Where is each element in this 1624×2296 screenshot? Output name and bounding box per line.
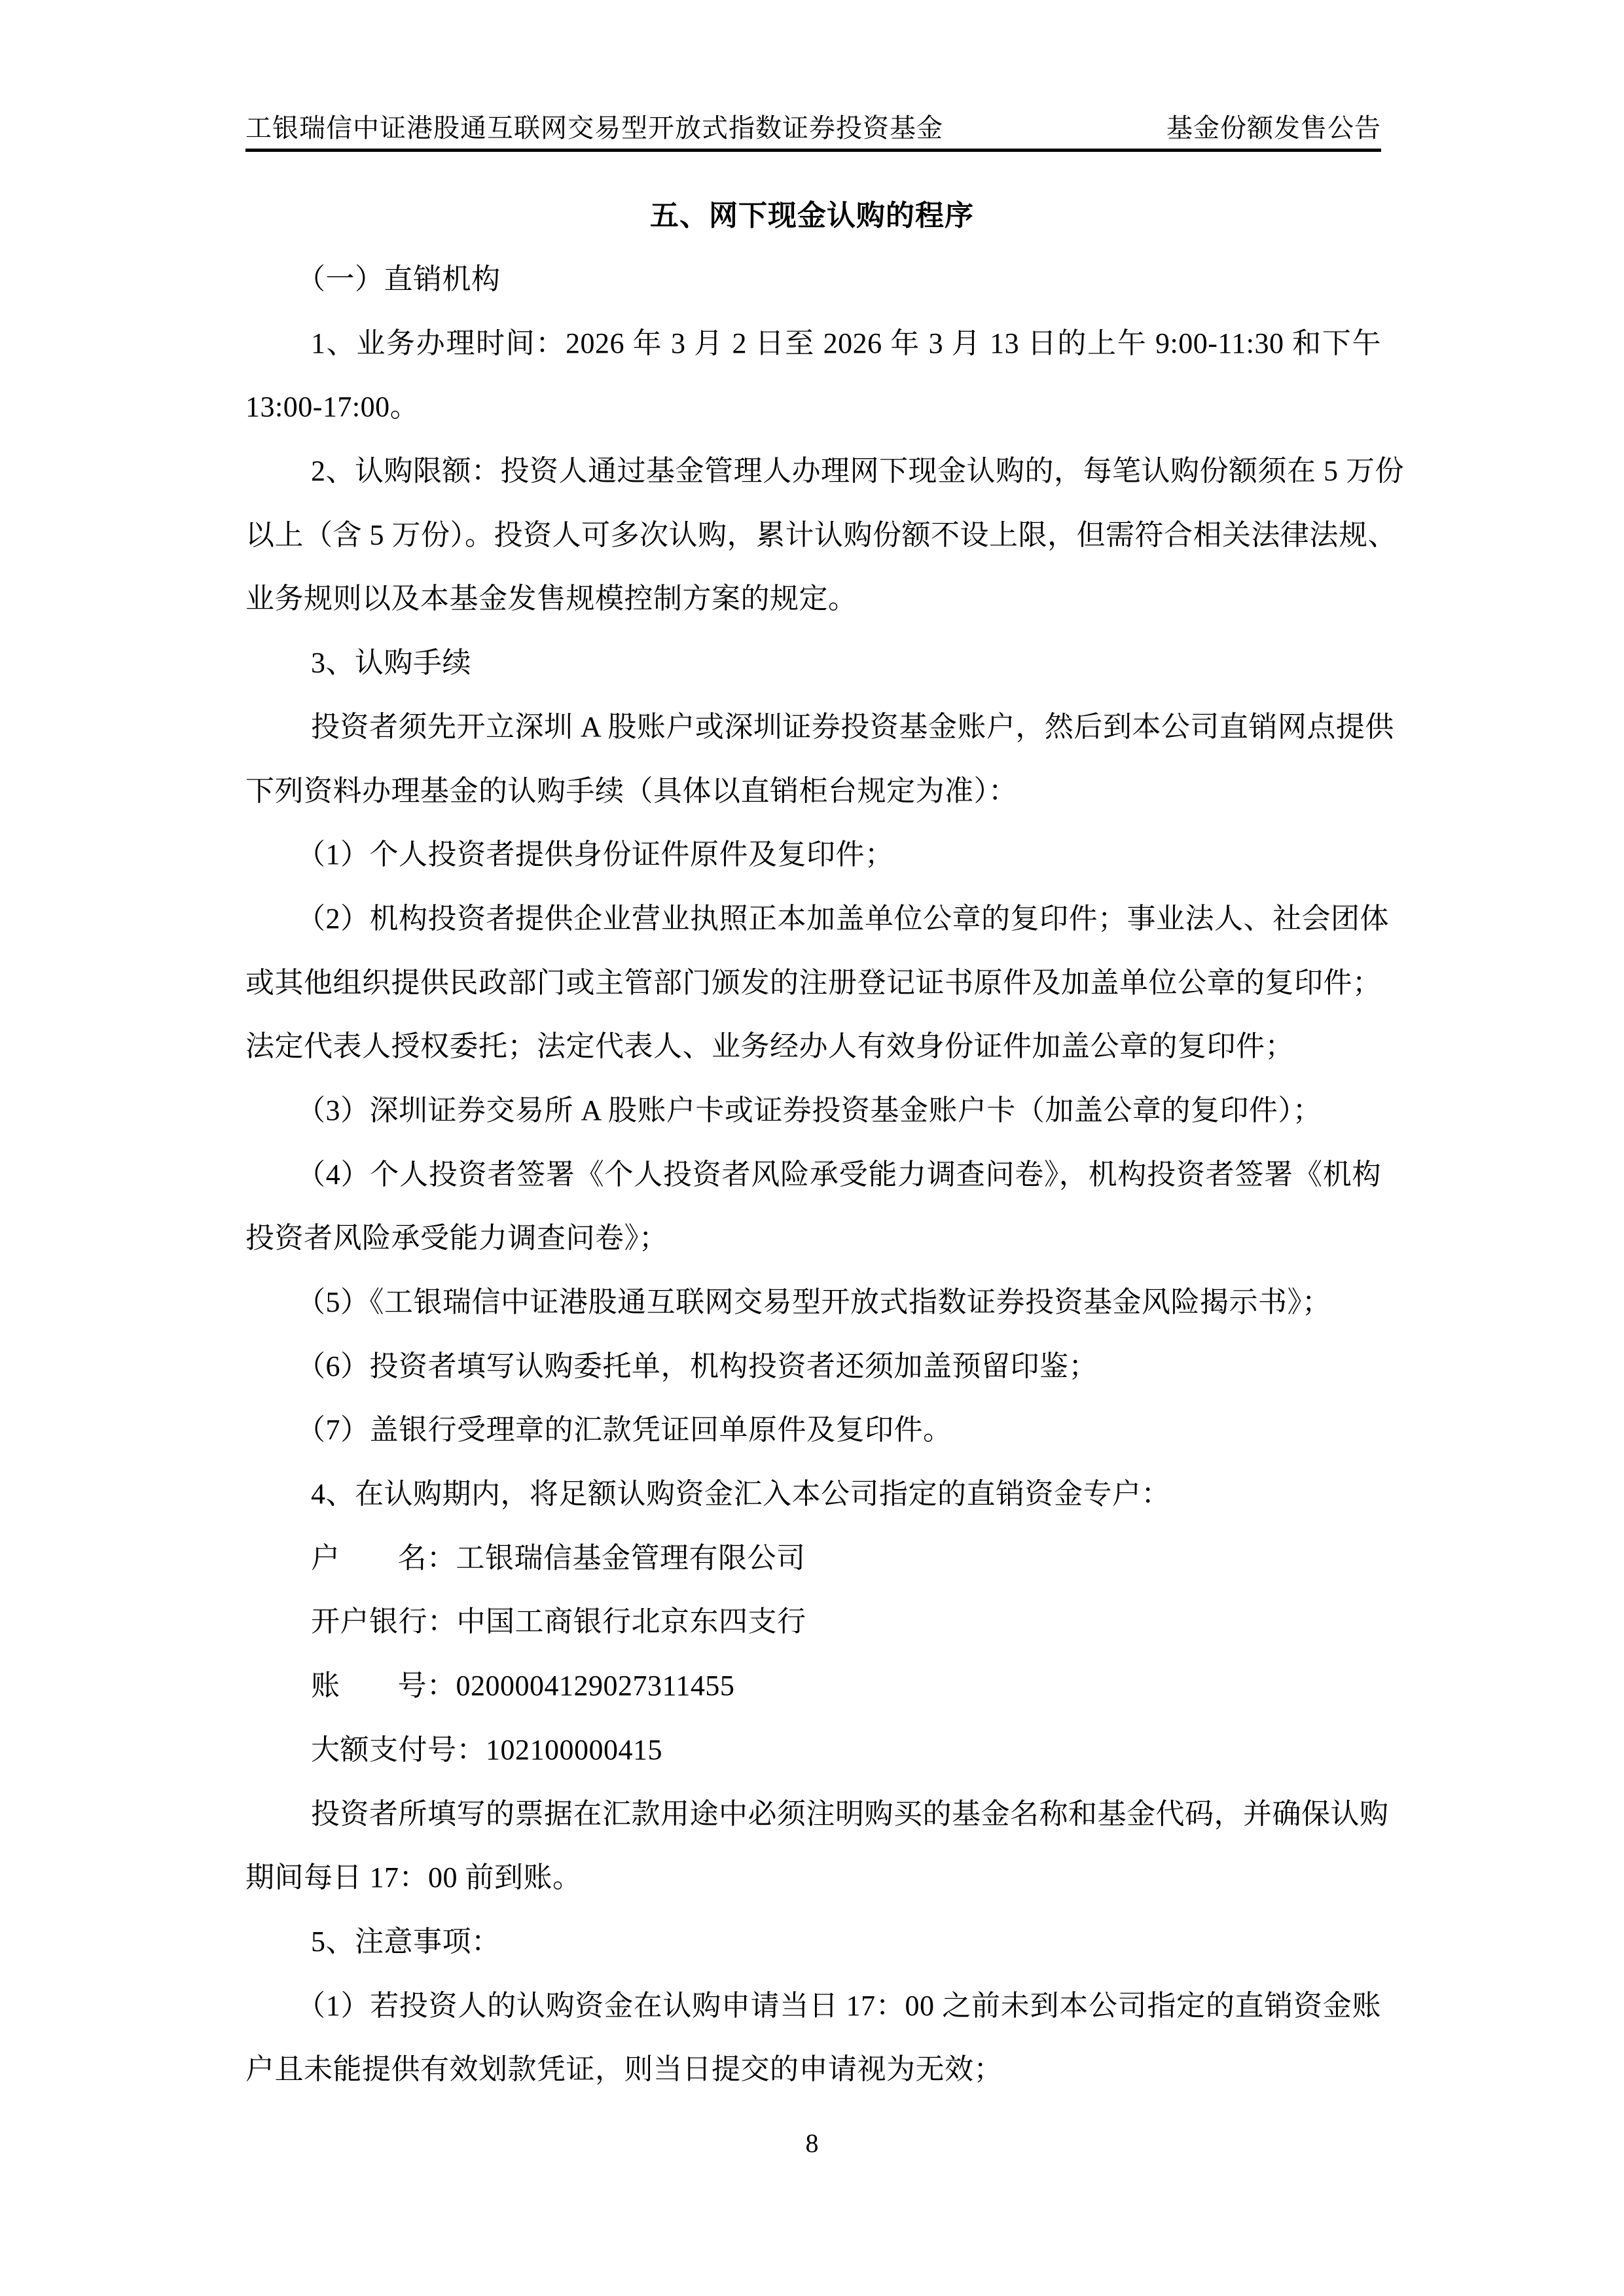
list-item-continued: 或其他组织提供民政部门或主管部门颁发的注册登记证书原件及加盖单位公章的复印件；	[245, 963, 1381, 1027]
list-item-continued: 法定代表人授权委托；法定代表人、业务经办人有效身份证件加盖公章的复印件；	[245, 1026, 1381, 1090]
list-item: （7）盖银行受理章的汇款凭证回单原件及复印件。	[245, 1410, 1381, 1474]
list-item: （4）个人投资者签署《个人投资者风险承受能力调查问卷》，机构投资者签署《机构	[245, 1155, 1381, 1219]
document-body: （一）直销机构 1、业务办理时间：2026 年 3 月 2 日至 2026 年 …	[245, 259, 1381, 2113]
paragraph-line: 2、认购限额：投资人通过基金管理人办理网下现金认购的，每笔认购份额须在 5 万份	[245, 451, 1381, 515]
section-title: 五、网下现金认购的程序	[0, 195, 1624, 237]
list-item: （1）个人投资者提供身份证件原件及复印件；	[245, 834, 1381, 899]
paragraph-line: 5、注意事项：	[245, 1922, 1381, 1986]
list-item: （3）深圳证券交易所 A 股账户卡或证券投资基金账户卡（加盖公章的复印件）；	[245, 1090, 1381, 1155]
account-number-value: 0200004129027311455	[456, 1670, 735, 1702]
paragraph-line: 投资者所填写的票据在汇款用途中必须注明购买的基金名称和基金代码，并确保认购	[245, 1794, 1381, 1858]
list-item: （5）《工银瑞信中证港股通互联网交易型开放式指数证券投资基金风险揭示书》；	[245, 1282, 1381, 1346]
paragraph-line: 1、业务办理时间：2026 年 3 月 2 日至 2026 年 3 月 13 日…	[245, 323, 1381, 387]
subsection-heading: （一）直销机构	[245, 259, 1381, 323]
paragraph-line: 以上（含 5 万份）。投资人可多次认购，累计认购份额不设上限，但需符合相关法律法…	[245, 515, 1381, 579]
account-number-label: 账	[311, 1670, 340, 1702]
account-name-label: 户	[311, 1542, 340, 1574]
list-item-continued: 户且未能提供有效划款凭证，则当日提交的申请视为无效；	[245, 2049, 1381, 2113]
page-header: 工银瑞信中证港股通互联网交易型开放式指数证券投资基金 基金份额发售公告	[245, 110, 1381, 151]
account-number-row: 账号：0200004129027311455	[245, 1666, 1381, 1730]
account-name-label-suffix: 名：	[398, 1542, 456, 1574]
bank-label: 开户银行：	[311, 1605, 457, 1638]
payment-number-row: 大额支付号：102100000415	[245, 1730, 1381, 1794]
page-number: 8	[0, 2127, 1624, 2160]
account-number-label-suffix: 号：	[398, 1670, 456, 1702]
bank-row: 开户银行：中国工商银行北京东四支行	[245, 1602, 1381, 1666]
account-name-value: 工银瑞信基金管理有限公司	[456, 1542, 806, 1574]
header-rule	[245, 149, 1381, 152]
header-fund-name: 工银瑞信中证港股通互联网交易型开放式指数证券投资基金	[245, 110, 943, 147]
list-item: （6）投资者填写认购委托单，机构投资者还须加盖预留印鉴；	[245, 1346, 1381, 1410]
list-item-continued: 投资者风险承受能力调查问卷》；	[245, 1218, 1381, 1282]
account-name-row: 户名：工银瑞信基金管理有限公司	[245, 1538, 1381, 1602]
paragraph-line: 3、认购手续	[245, 643, 1381, 707]
paragraph-line: 业务规则以及本基金发售规模控制方案的规定。	[245, 579, 1381, 643]
list-item: （1）若投资人的认购资金在认购申请当日 17：00 之前未到本公司指定的直销资金…	[245, 1986, 1381, 2050]
paragraph-line: 4、在认购期内，将足额认购资金汇入本公司指定的直销资金专户：	[245, 1474, 1381, 1538]
paragraph-line: 期间每日 17：00 前到账。	[245, 1857, 1381, 1922]
payment-number-label: 大额支付号：	[311, 1734, 486, 1766]
bank-value: 中国工商银行北京东四支行	[457, 1605, 806, 1638]
header-doc-type: 基金份额发售公告	[1166, 110, 1381, 147]
paragraph-line: 下列资料办理基金的认购手续（具体以直销柜台规定为准）：	[245, 771, 1381, 835]
list-item: （2）机构投资者提供企业营业执照正本加盖单位公章的复印件；事业法人、社会团体	[245, 899, 1381, 963]
paragraph-line: 投资者须先开立深圳 A 股账户或深圳证券投资基金账户，然后到本公司直销网点提供	[245, 707, 1381, 771]
payment-number-value: 102100000415	[486, 1734, 662, 1766]
paragraph-line: 13:00-17:00。	[245, 387, 1381, 451]
